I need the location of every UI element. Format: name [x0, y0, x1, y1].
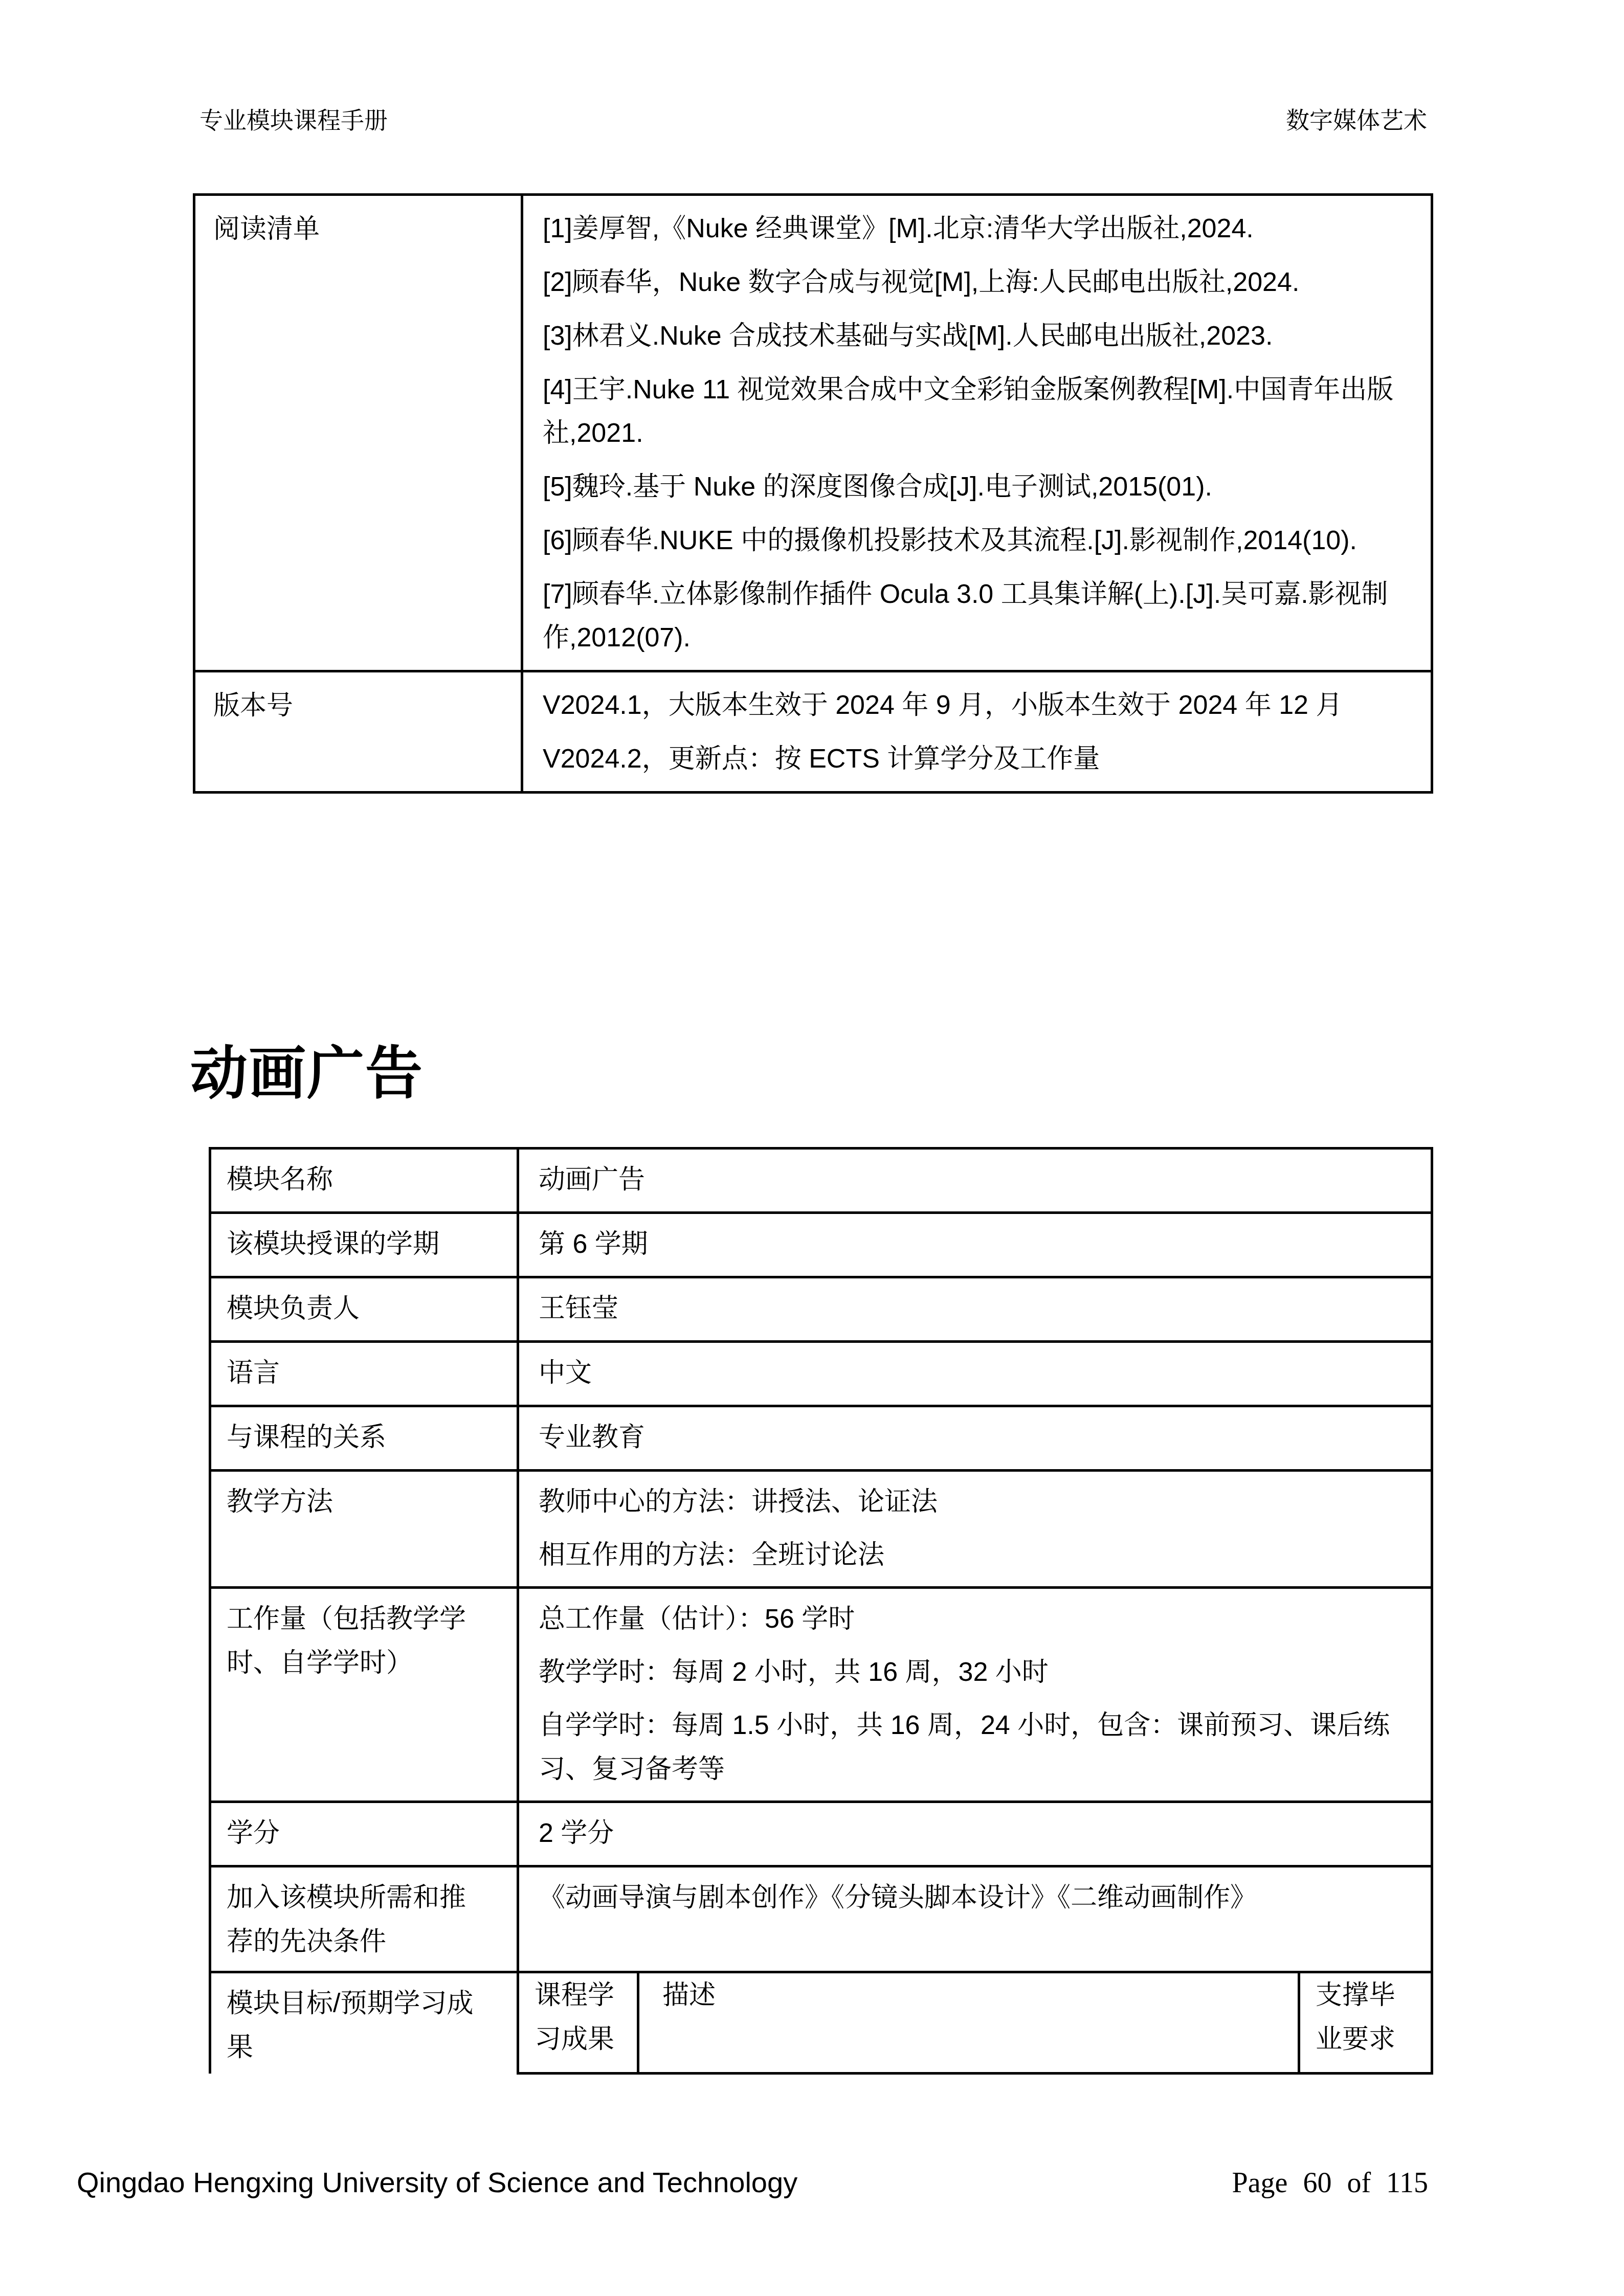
- reading-list-label: 阅读清单: [194, 195, 522, 671]
- curriculum-relation-label: 与课程的关系: [210, 1406, 518, 1471]
- workload-line: 教学学时：每周 2 小时，共 16 周，32 小时: [539, 1650, 1408, 1694]
- table-row-module-leader: 模块负责人 王钰莹: [210, 1277, 1432, 1342]
- table-row-module-name: 模块名称 动画广告: [210, 1149, 1432, 1213]
- workload-line: 总工作量（估计）：56 学时: [539, 1597, 1408, 1641]
- workload-value: 总工作量（估计）：56 学时 教学学时：每周 2 小时，共 16 周，32 小时…: [518, 1588, 1432, 1802]
- table-row-language: 语言 中文: [210, 1342, 1432, 1406]
- reference-item: [1]姜厚智,《Nuke 经典课堂》[M].北京:清华大学出版社,2024.: [543, 207, 1408, 251]
- workload-label: 工作量（包括教学学时、自学学时）: [210, 1588, 518, 1802]
- version-label: 版本号: [194, 671, 522, 793]
- reference-item: [2]顾春华，Nuke 数字合成与视觉[M],上海:人民邮电出版社,2024.: [543, 261, 1408, 304]
- table-row-curriculum-relation: 与课程的关系 专业教育: [210, 1406, 1432, 1471]
- table-row-version: 版本号 V2024.1，大版本生效于 2024 年 9 月，小版本生效于 202…: [194, 671, 1432, 793]
- section-title: 动画广告: [190, 1043, 424, 1105]
- curriculum-relation-value: 专业教育: [518, 1406, 1432, 1471]
- teaching-methods-label: 教学方法: [210, 1471, 518, 1588]
- footer-page-number: Page 60 of 115: [1232, 2167, 1428, 2199]
- language-label: 语言: [210, 1342, 518, 1406]
- language-value: 中文: [518, 1342, 1432, 1406]
- reference-item: [3]林君义.Nuke 合成技术基础与实战[M].人民邮电出版社,2023.: [543, 314, 1408, 358]
- credits-label: 学分: [210, 1802, 518, 1866]
- outcome-column-header: 课程学习成果: [518, 1972, 638, 2074]
- table-row-prerequisites: 加入该模块所需和推荐的先决条件 《动画导演与剧本创作》《分镜头脚本设计》《二维动…: [210, 1866, 1432, 1972]
- credits-value: 2 学分: [518, 1802, 1432, 1866]
- reference-item: [5]魏玲.基于 Nuke 的深度图像合成[J].电子测试,2015(01).: [543, 465, 1408, 509]
- semester-value: 第 6 学期: [518, 1213, 1432, 1277]
- page-header: 专业模块课程手册 数字媒体艺术: [199, 105, 1427, 136]
- module-name-label: 模块名称: [210, 1149, 518, 1213]
- teaching-method-line: 教师中心的方法：讲授法、论证法: [539, 1480, 1408, 1524]
- prerequisites-label: 加入该模块所需和推荐的先决条件: [210, 1866, 518, 1972]
- module-leader-label: 模块负责人: [210, 1277, 518, 1342]
- table-row-credits: 学分 2 学分: [210, 1802, 1432, 1866]
- description-column-header: 描述: [638, 1972, 1299, 2074]
- table-row-reading-list: 阅读清单 [1]姜厚智,《Nuke 经典课堂》[M].北京:清华大学出版社,20…: [194, 195, 1432, 671]
- page-footer: Qingdao Hengxing University of Science a…: [77, 2166, 1428, 2199]
- header-doc-title: 专业模块课程手册: [199, 105, 388, 136]
- module-info-table: 模块名称 动画广告 该模块授课的学期 第 6 学期 模块负责人 王钰莹 语言 中…: [209, 1147, 1433, 2075]
- footer-institution: Qingdao Hengxing University of Science a…: [77, 2166, 797, 2199]
- header-program-name: 数字媒体艺术: [1286, 105, 1427, 136]
- module-leader-value: 王钰莹: [518, 1277, 1432, 1342]
- semester-label: 该模块授课的学期: [210, 1213, 518, 1277]
- reading-version-table: 阅读清单 [1]姜厚智,《Nuke 经典课堂》[M].北京:清华大学出版社,20…: [193, 193, 1433, 794]
- teaching-methods-value: 教师中心的方法：讲授法、论证法 相互作用的方法：全班讨论法: [518, 1471, 1432, 1588]
- reference-item: [6]顾春华.NUKE 中的摄像机投影技术及其流程.[J].影视制作,2014(…: [543, 519, 1408, 562]
- version-content: V2024.1，大版本生效于 2024 年 9 月，小版本生效于 2024 年 …: [522, 671, 1432, 793]
- teaching-method-line: 相互作用的方法：全班讨论法: [539, 1533, 1408, 1577]
- graduation-support-column-header: 支撑毕业要求: [1299, 1972, 1432, 2074]
- reading-list-content: [1]姜厚智,《Nuke 经典课堂》[M].北京:清华大学出版社,2024. […: [522, 195, 1432, 671]
- table-row-workload: 工作量（包括教学学时、自学学时） 总工作量（估计）：56 学时 教学学时：每周 …: [210, 1588, 1432, 1802]
- module-name-value: 动画广告: [518, 1149, 1432, 1213]
- reference-item: [4]王宇.Nuke 11 视觉效果合成中文全彩铂金版案例教程[M].中国青年出…: [543, 368, 1408, 455]
- version-line: V2024.2，更新点：按 ECTS 计算学分及工作量: [543, 737, 1408, 781]
- reference-item: [7]顾春华.立体影像制作插件 Ocula 3.0 工具集详解(上).[J].吴…: [543, 573, 1408, 660]
- prerequisites-value: 《动画导演与剧本创作》《分镜头脚本设计》《二维动画制作》: [518, 1866, 1432, 1972]
- learning-outcomes-label: 模块目标/预期学习成果: [210, 1972, 518, 2074]
- table-row-semester: 该模块授课的学期 第 6 学期: [210, 1213, 1432, 1277]
- version-line: V2024.1，大版本生效于 2024 年 9 月，小版本生效于 2024 年 …: [543, 684, 1408, 727]
- document-page: 专业模块课程手册 数字媒体艺术 阅读清单 [1]姜厚智,《Nuke 经典课堂》[…: [0, 0, 1624, 2296]
- table-row-teaching-methods: 教学方法 教师中心的方法：讲授法、论证法 相互作用的方法：全班讨论法: [210, 1471, 1432, 1588]
- table-row-learning-outcomes-header: 模块目标/预期学习成果 课程学习成果 描述 支撑毕业要求: [210, 1972, 1432, 2074]
- workload-line: 自学学时：每周 1.5 小时，共 16 周，24 小时，包含：课前预习、课后练习…: [539, 1703, 1408, 1791]
